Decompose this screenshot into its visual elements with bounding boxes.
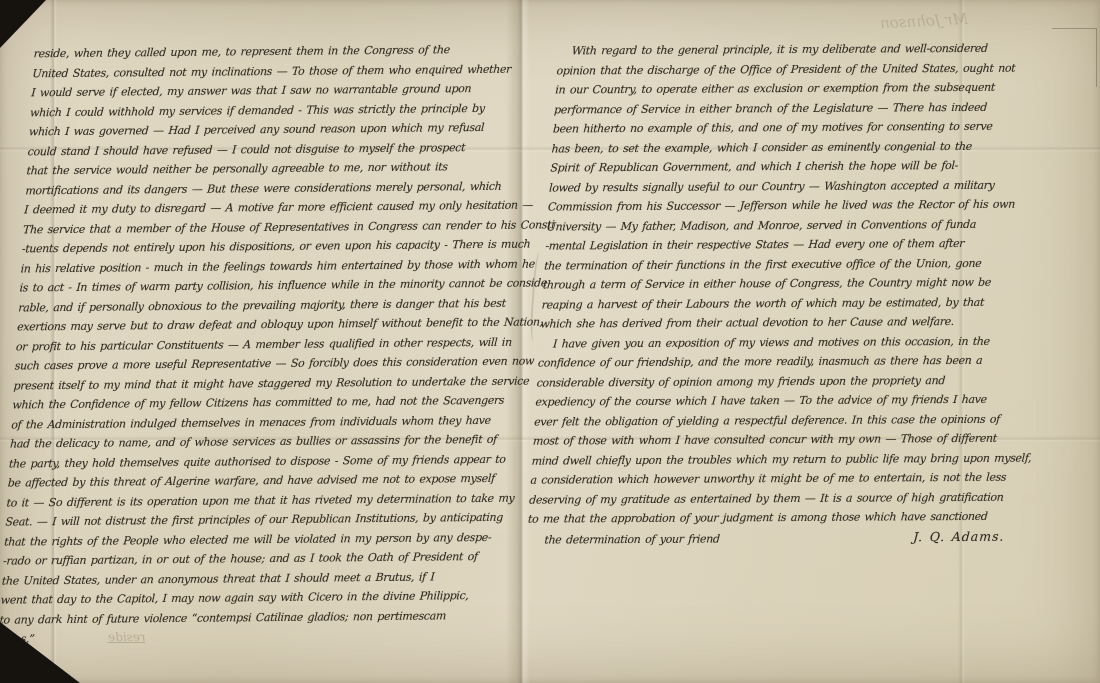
letter-page-right: With regard to the general principle, it… xyxy=(541,39,1036,550)
page-right-text: With regard to the general principle, it… xyxy=(527,38,1050,529)
handwritten-line: a consideration which however unworthy i… xyxy=(530,468,1023,491)
letter-page-left: reside, when they called upon me, to rep… xyxy=(13,40,525,649)
handwritten-line: been hitherto no example of this, and on… xyxy=(552,116,1045,139)
handwritten-line: has been, to set the example, which I co… xyxy=(551,136,1044,159)
ink-bleed-text-top-right: Mr Johnson xyxy=(880,10,969,33)
handwritten-line: to me that the approbation of your judgm… xyxy=(527,507,1020,530)
signature: J. Q. Adams. xyxy=(913,526,1034,546)
handwritten-line: in our Country, to operate either as exc… xyxy=(555,77,1048,100)
closing-row: the determination of your friend J. Q. A… xyxy=(544,526,1037,550)
handwritten-line: Commission from his Successor — Jefferso… xyxy=(547,194,1040,217)
letter-paper: Mr Johnson reside reside, when they call… xyxy=(0,0,1100,683)
handwritten-line: expediency of the course which I have ta… xyxy=(535,390,1028,413)
letter-scan: Mr Johnson reside reside, when they call… xyxy=(0,0,1100,683)
handwritten-line: most of those with whom I have consulted… xyxy=(532,429,1025,452)
closing-line: the determination of your friend xyxy=(544,529,720,550)
handwritten-line: University — My father, Madison, and Mon… xyxy=(546,214,1039,237)
handwritten-line: confidence of our friendship, and the mo… xyxy=(537,351,1030,374)
pencil-corner-mark xyxy=(1052,28,1097,87)
handwritten-line: With regard to the general principle, it… xyxy=(557,38,1050,61)
page-left-text: reside, when they called upon me, to rep… xyxy=(0,39,540,649)
handwritten-line: reaping a harvest of their Labours the w… xyxy=(541,292,1034,315)
handwritten-line: through a term of Service in either hous… xyxy=(542,272,1035,295)
